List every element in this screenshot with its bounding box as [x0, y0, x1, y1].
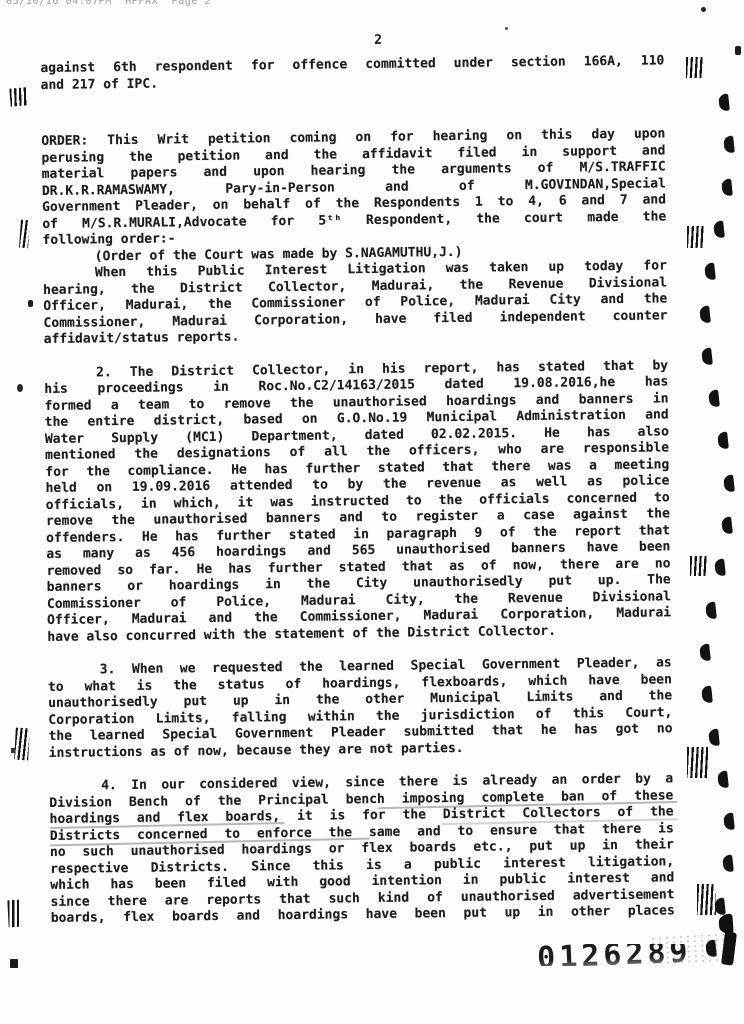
fax-header-text: 05/10/16 04:07PM HPFAX Page 2: [6, 0, 306, 7]
document-content: 2 against 6th respondent for offence com…: [40, 28, 675, 927]
binding-hole-mark: [715, 897, 727, 915]
binding-hole-mark: [721, 517, 733, 535]
fax-header: 05/10/16 04:07PM HPFAX Page 2: [6, 0, 306, 13]
binding-hole-mark: [700, 643, 712, 661]
paragraph: 4. In our considered view, since there i…: [49, 771, 675, 927]
binding-hole-mark: [705, 601, 717, 619]
binding-hole-mark: [701, 686, 713, 704]
ink-smudge: [9, 87, 28, 106]
ink-smudge: [686, 57, 704, 78]
ink-smudge: [687, 226, 704, 248]
stamp-number-text: 0126289: [538, 944, 723, 966]
binding-hole-mark: [708, 390, 720, 408]
binding-hole-mark: [723, 813, 735, 831]
binding-hole-mark: [717, 432, 729, 450]
ink-speck: [505, 27, 508, 30]
ink-smudge: [7, 900, 21, 928]
scanned-page: 05/10/16 04:07PM HPFAX Page 2 2 against …: [0, 0, 744, 1024]
ink-speck: [11, 748, 15, 753]
binding-hole-mark: [714, 559, 726, 577]
document-body: against 6th respondent for offence commi…: [40, 53, 675, 927]
binding-hole-mark: [718, 94, 730, 112]
ink-speck: [10, 959, 18, 968]
binding-hole-mark: [708, 728, 720, 746]
ink-speck: [17, 384, 23, 392]
ink-smudge: [19, 220, 30, 249]
ink-speck: [735, 46, 741, 55]
binding-hole-mark: [722, 855, 734, 873]
binding-hole-mark: [723, 136, 735, 154]
ink-smudge: [687, 747, 708, 778]
ink-smudge: [14, 728, 30, 761]
binding-hole-mark: [721, 178, 733, 196]
paragraph: against 6th respondent for offence commi…: [40, 53, 664, 94]
binding-hole-mark: [723, 474, 735, 492]
ink-smudge: [697, 884, 716, 915]
ink-speck: [701, 7, 706, 12]
binding-hole-mark: [701, 347, 713, 365]
binding-hole-mark: [714, 220, 726, 238]
binding-hole-mark: [705, 263, 717, 281]
paragraph: ORDER: This Writ petition coming on for …: [41, 126, 666, 249]
ink-speck: [28, 300, 33, 307]
page-number: 2: [40, 28, 664, 53]
paragraph: 2. The District Collector, in his report…: [44, 358, 671, 646]
paragraph: When this Public Interest Litigation was…: [43, 258, 668, 348]
ink-smudge: [690, 556, 707, 576]
binding-hole-mark: [717, 770, 729, 788]
stamp-number: 0126289: [538, 944, 723, 966]
paragraph: 3. When we requested the learned Special…: [48, 655, 673, 762]
binding-hole-mark: [699, 305, 711, 323]
